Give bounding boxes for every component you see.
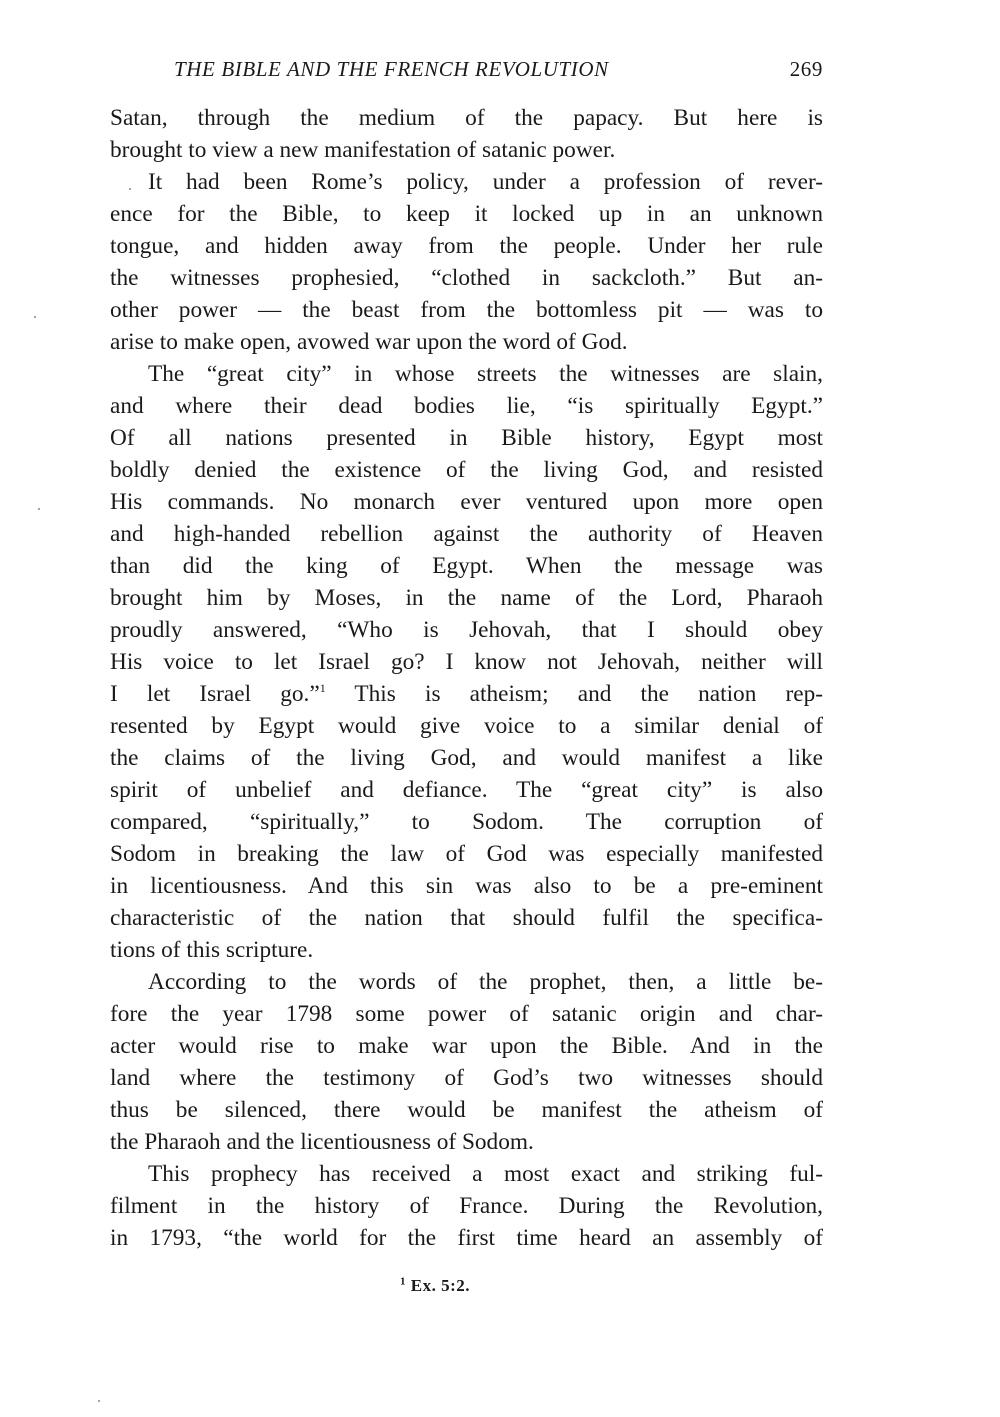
scan-speck — [129, 188, 131, 190]
text-line: Of all nations presented in Bible histor… — [110, 422, 823, 454]
text-line: thus be silenced, there would be manifes… — [110, 1094, 823, 1126]
running-head: THE BIBLE AND THE FRENCH REVOLUTION 269 — [110, 55, 823, 89]
scan-speck — [34, 316, 36, 318]
text-line: The “great city” in whose streets the wi… — [110, 358, 823, 390]
text-line: His voice to let Israel go? I know not J… — [110, 646, 823, 678]
footnote-text: Ex. 5:2. — [411, 1276, 470, 1295]
text-line: spirit of unbelief and defiance. The “gr… — [110, 774, 823, 806]
text-line: brought him by Moses, in the name of the… — [110, 582, 823, 614]
body-text: Satan, through the medium of the papacy.… — [110, 102, 823, 1254]
paragraph: It had been Rome’s policy, under a profe… — [110, 166, 823, 358]
text-line: land where the testimony of God’s two wi… — [110, 1062, 823, 1094]
paragraph: Satan, through the medium of the papacy.… — [110, 102, 823, 166]
text-line: other power — the beast from the bottoml… — [110, 294, 823, 326]
text-line: Sodom in breaking the law of God was esp… — [110, 838, 823, 870]
text-line: boldly denied the existence of the livin… — [110, 454, 823, 486]
text-line: than did the king of Egypt. When the mes… — [110, 550, 823, 582]
scan-speck — [38, 508, 40, 510]
text-line: tongue, and hidden away from the people.… — [110, 230, 823, 262]
running-title: THE BIBLE AND THE FRENCH REVOLUTION — [174, 57, 609, 82]
text-line: Satan, through the medium of the papacy.… — [110, 102, 823, 134]
text-line: This prophecy has received a most exact … — [110, 1158, 823, 1190]
footnote-marker: 1 — [400, 1275, 406, 1287]
text-line: According to the words of the prophet, t… — [110, 966, 823, 998]
paragraph: The “great city” in whose streets the wi… — [110, 358, 823, 966]
text-line: the Pharaoh and the licentiousness of So… — [110, 1126, 823, 1158]
text-line: and high-handed rebellion against the au… — [110, 518, 823, 550]
text-line: in 1793, “the world for the first time h… — [110, 1222, 823, 1254]
text-line: acter would rise to make war upon the Bi… — [110, 1030, 823, 1062]
text-line: resented by Egypt would give voice to a … — [110, 710, 823, 742]
text-line: characteristic of the nation that should… — [110, 902, 823, 934]
paragraph: According to the words of the prophet, t… — [110, 966, 823, 1158]
text-line: It had been Rome’s policy, under a profe… — [110, 166, 823, 198]
text-segment: I let Israel go.” — [110, 681, 320, 707]
paragraph: This prophecy has received a most exact … — [110, 1158, 823, 1254]
text-line-with-footnote-ref: I let Israel go.”1 This is atheism; and … — [110, 678, 823, 710]
text-line: His commands. No monarch ever ventured u… — [110, 486, 823, 518]
text-line: ence for the Bible, to keep it locked up… — [110, 198, 823, 230]
text-line: fore the year 1798 some power of satanic… — [110, 998, 823, 1030]
text-segment: This is atheism; and the nation rep- — [326, 681, 823, 707]
book-page: THE BIBLE AND THE FRENCH REVOLUTION 269 … — [110, 55, 823, 1254]
text-line: arise to make open, avowed war upon the … — [110, 326, 823, 358]
text-line: and where their dead bodies lie, “is spi… — [110, 390, 823, 422]
text-line: the claims of the living God, and would … — [110, 742, 823, 774]
scan-speck — [98, 1400, 100, 1402]
text-line: filment in the history of France. During… — [110, 1190, 823, 1222]
text-line: compared, “spiritually,” to Sodom. The c… — [110, 806, 823, 838]
text-line: the witnesses prophesied, “clothed in sa… — [110, 262, 823, 294]
text-line: in licentiousness. And this sin was also… — [110, 870, 823, 902]
text-line: tions of this scripture. — [110, 934, 823, 966]
text-line: brought to view a new manifestation of s… — [110, 134, 823, 166]
text-line: proudly answered, “Who is Jehovah, that … — [110, 614, 823, 646]
page-number: 269 — [790, 57, 823, 82]
footnote: 1 Ex. 5:2. — [400, 1276, 470, 1296]
